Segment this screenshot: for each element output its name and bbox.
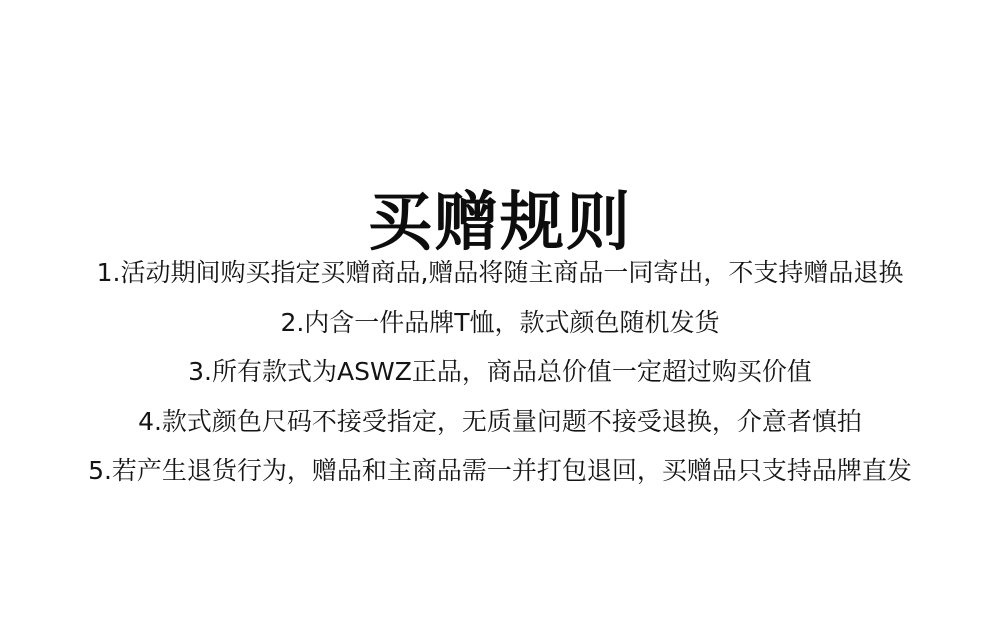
rule-item: 4.款式颜色尺码不接受指定，无质量问题不接受退换，介意者慎拍 xyxy=(0,397,1000,447)
rule-item: 5.若产生退货行为，赠品和主商品需一并打包退回，买赠品只支持品牌直发 xyxy=(0,446,1000,496)
rule-item: 1.活动期间购买指定买赠商品,赠品将随主商品一同寄出，不支持赠品退换 xyxy=(0,248,1000,298)
rule-item: 2.内含一件品牌T恤，款式颜色随机发货 xyxy=(0,298,1000,348)
rule-item: 3.所有款式为ASWZ正品，商品总价值一定超过购买价值 xyxy=(0,347,1000,397)
rules-list: 1.活动期间购买指定买赠商品,赠品将随主商品一同寄出，不支持赠品退换 2.内含一… xyxy=(0,248,1000,496)
